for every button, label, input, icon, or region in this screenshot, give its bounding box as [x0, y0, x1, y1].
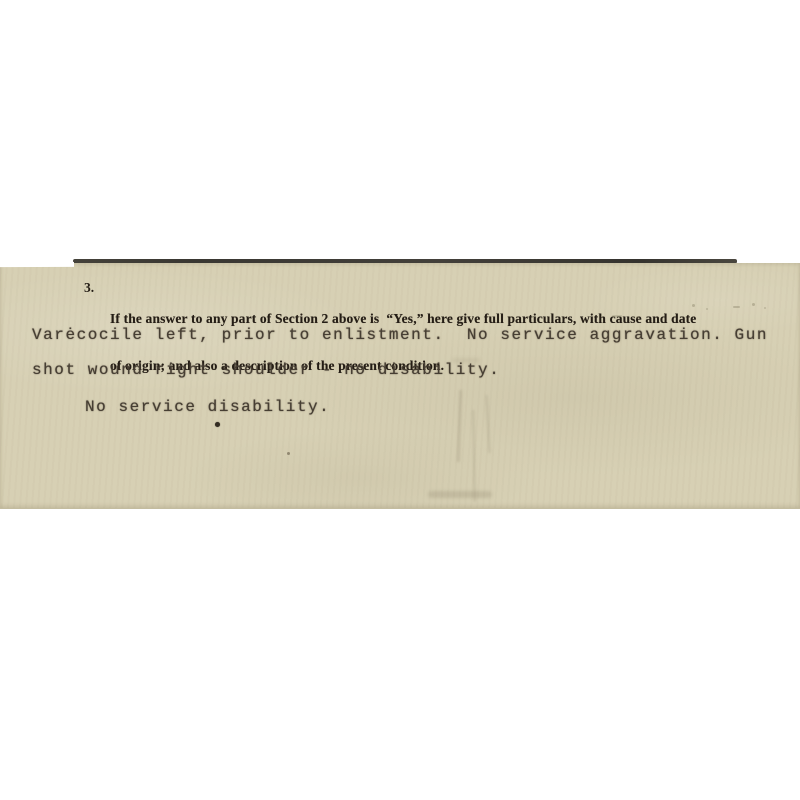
stray-ink-dot — [215, 422, 220, 427]
faint-stain-mark — [692, 304, 695, 307]
faint-stain-mark — [764, 307, 766, 309]
bleed-through-ghost — [428, 491, 492, 498]
faint-stain-mark — [733, 306, 740, 308]
paper-top-rule — [73, 259, 737, 263]
typed-answer-line-1: Varėcocile left, prior to enlistment. No… — [32, 324, 768, 346]
bleed-through-ghost — [452, 358, 480, 363]
faint-stain-mark — [612, 315, 622, 317]
typed-answer-line-2: shot wound right shoulder - no disabilit… — [32, 359, 500, 381]
faint-stain-mark — [706, 308, 708, 310]
section-number: 3. — [84, 280, 94, 296]
typed-answer-line-3: No service disability. — [85, 396, 330, 418]
paper-edge-notch — [0, 262, 74, 267]
faint-stain-mark — [752, 303, 755, 306]
bleed-through-ghost — [472, 410, 476, 502]
faint-stain-mark — [636, 316, 639, 319]
faint-ink-speck — [287, 452, 290, 455]
page-background: 3. If the answer to any part of Section … — [0, 0, 800, 800]
scanned-form-fragment: 3. If the answer to any part of Section … — [0, 263, 800, 509]
